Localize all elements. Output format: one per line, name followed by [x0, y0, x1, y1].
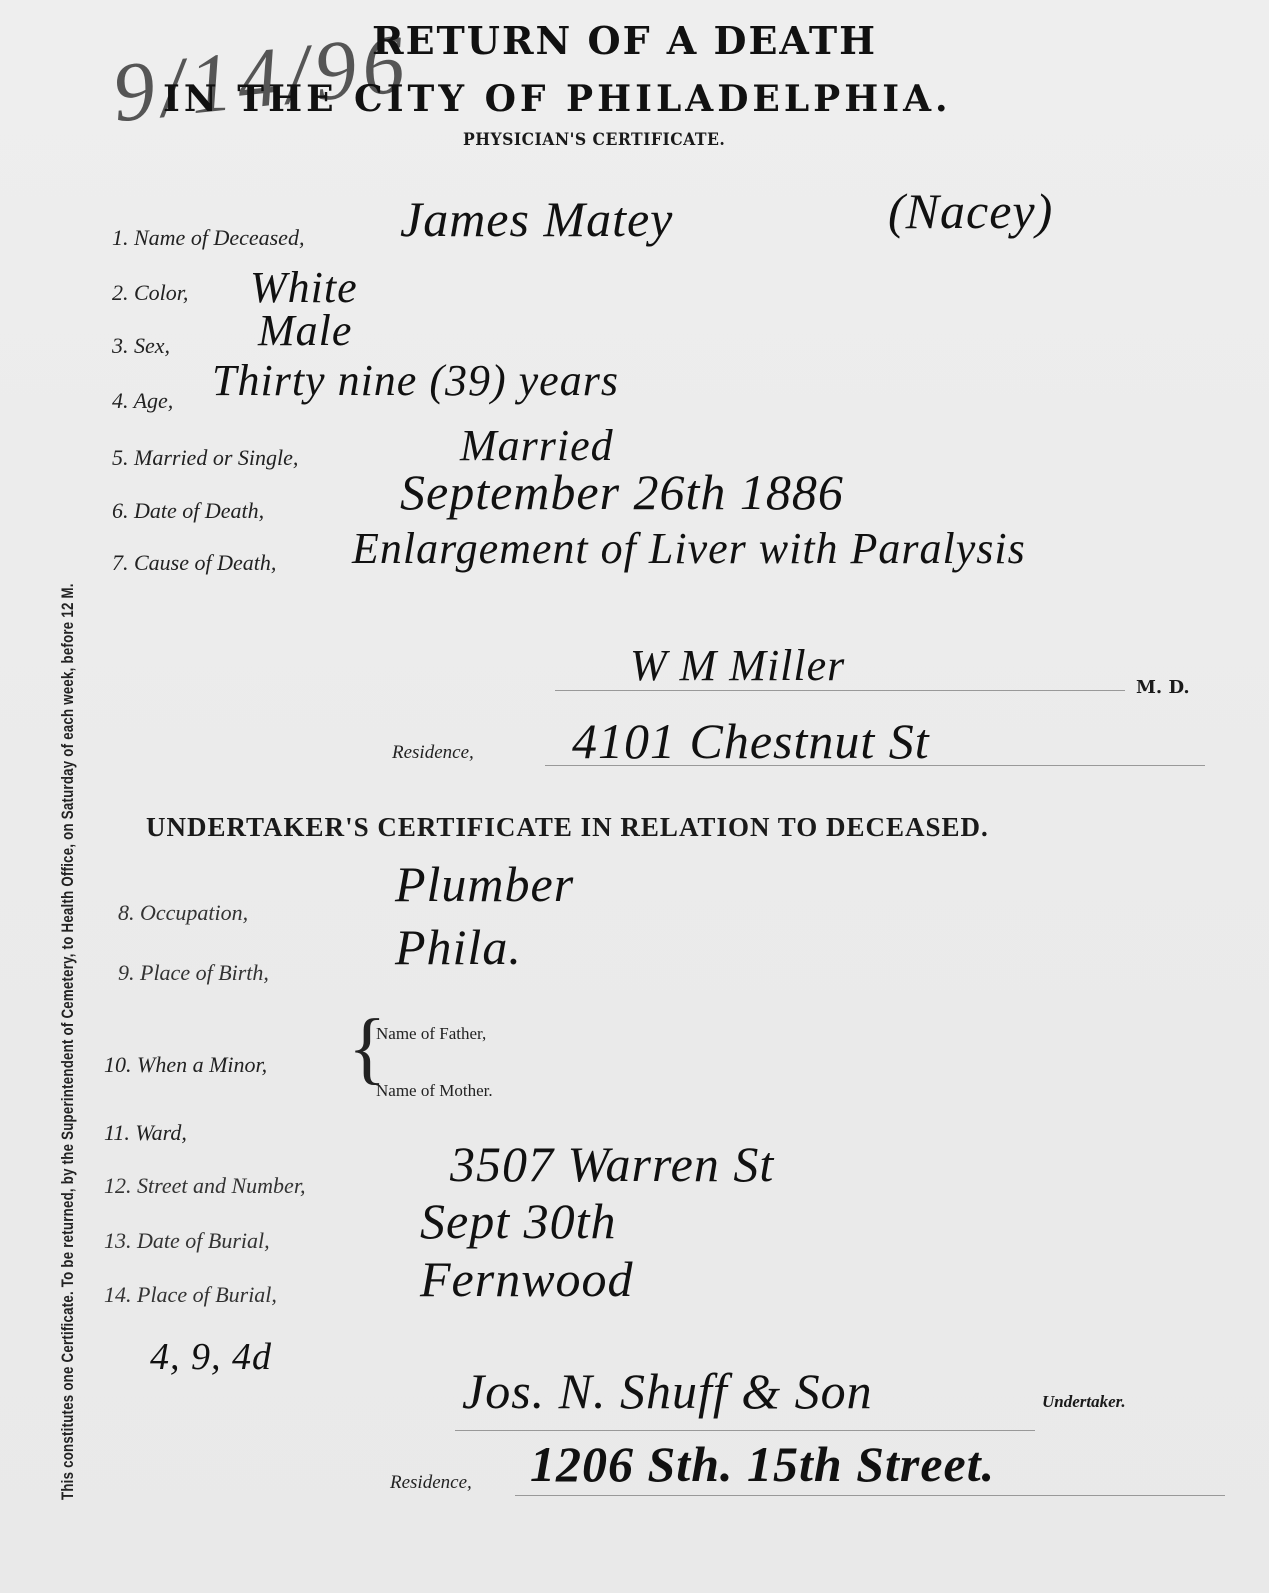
label-undertaker-residence: Residence, [390, 1472, 472, 1494]
undertaker-certificate-heading: UNDERTAKER'S CERTIFICATE IN RELATION TO … [146, 812, 989, 843]
death-certificate-page: This constitutes one Certificate. To be … [0, 0, 1269, 1593]
fee-notation: 4, 9, 4d [150, 1335, 272, 1379]
label-ward: 11. Ward, [104, 1120, 187, 1146]
label-date-of-death: 6. Date of Death, [112, 498, 264, 524]
value-street-and-number: 3507 Warren St [450, 1135, 774, 1193]
label-sex: 3. Sex, [112, 333, 170, 359]
physician-certificate-heading: PHYSICIAN'S CERTIFICATE. [463, 130, 725, 150]
value-age: Thirty nine (39) years [212, 355, 619, 406]
label-age: 4. Age, [112, 388, 173, 414]
label-date-of-burial: 13. Date of Burial, [104, 1228, 270, 1254]
undertaker-signature: Jos. N. Shuff & Son [462, 1362, 873, 1420]
value-name-alternate: (Nacey) [888, 182, 1053, 240]
label-married-or-single: 5. Married or Single, [112, 445, 298, 471]
document-subtitle: IN THE CITY OF PHILADELPHIA. [163, 78, 952, 120]
value-date-of-death: September 26th 1886 [400, 463, 844, 521]
value-date-of-burial: Sept 30th [420, 1192, 616, 1250]
value-cause-of-death: Enlargement of Liver with Paralysis [352, 523, 1026, 574]
label-occupation: 8. Occupation, [118, 900, 248, 926]
label-name-of-mother: Name of Mother. [376, 1081, 493, 1101]
margin-instructions: This constitutes one Certificate. To be … [58, 325, 78, 1500]
undertaker-residence-line [515, 1495, 1225, 1496]
label-physician-residence: Residence, [392, 742, 474, 764]
value-name-of-deceased: James Matey [400, 190, 673, 248]
label-color: 2. Color, [112, 280, 188, 306]
value-physician-residence: 4101 Chestnut St [572, 712, 930, 770]
label-cause-of-death: 7. Cause of Death, [112, 550, 276, 576]
label-name-of-father: Name of Father, [376, 1024, 486, 1044]
label-place-of-birth: 9. Place of Birth, [118, 960, 269, 986]
undertaker-signature-line [455, 1430, 1035, 1431]
label-name-of-deceased: 1. Name of Deceased, [112, 225, 304, 251]
label-when-a-minor: 10. When a Minor, [104, 1052, 267, 1078]
label-street-and-number: 12. Street and Number, [104, 1173, 305, 1199]
physician-signature: W M Miller [630, 640, 845, 691]
value-place-of-birth: Phila. [395, 918, 522, 976]
value-undertaker-residence: 1206 Sth. 15th Street. [530, 1435, 995, 1493]
document-title: RETURN OF A DEATH [0, 18, 1269, 63]
minor-brace: { [348, 1008, 386, 1088]
value-place-of-burial: Fernwood [420, 1250, 634, 1308]
value-sex: Male [258, 305, 352, 356]
undertaker-suffix: Undertaker. [1042, 1392, 1126, 1412]
value-occupation: Plumber [395, 855, 574, 913]
physician-md-suffix: M. D. [1136, 677, 1190, 698]
label-place-of-burial: 14. Place of Burial, [104, 1282, 277, 1308]
